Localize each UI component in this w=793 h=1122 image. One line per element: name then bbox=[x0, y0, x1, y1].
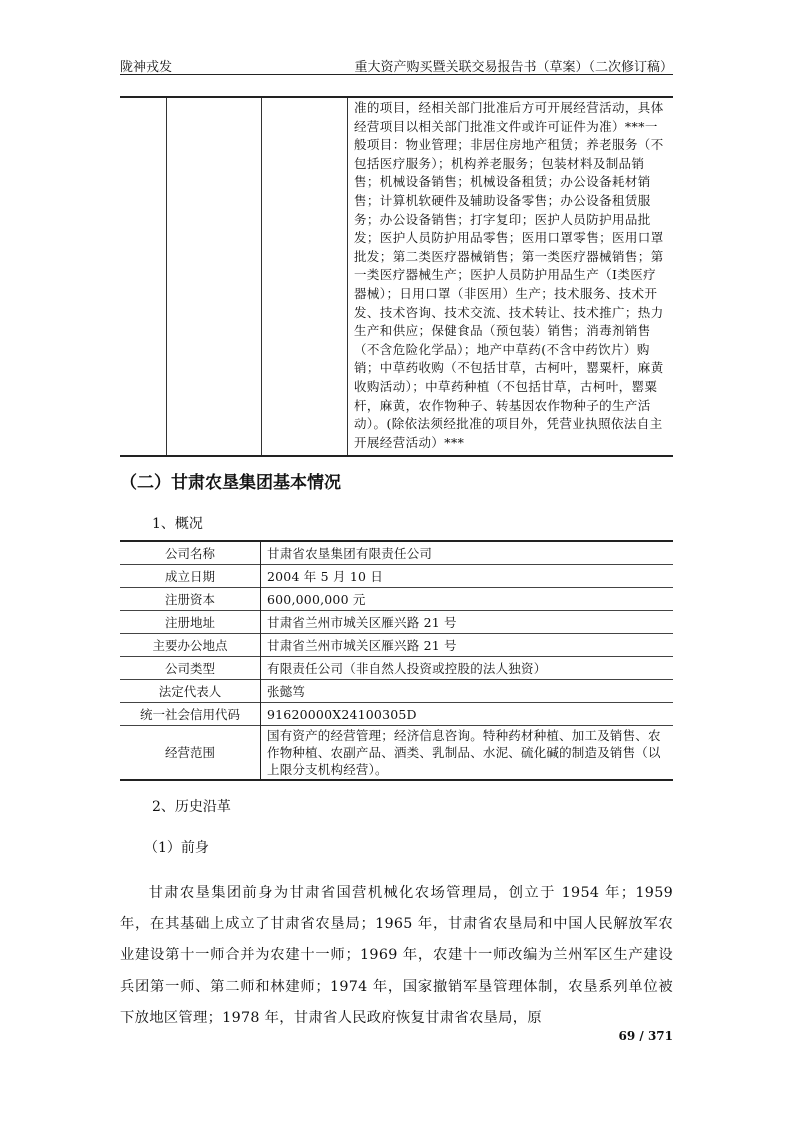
row-label: 注册资本 bbox=[120, 588, 261, 611]
row-value: 91620000X24100305D bbox=[261, 703, 674, 726]
row-value: 甘肃省兰州市城关区雁兴路 21 号 bbox=[261, 611, 674, 634]
table-row: 注册地址甘肃省兰州市城关区雁兴路 21 号 bbox=[120, 611, 673, 634]
row-label: 法定代表人 bbox=[120, 680, 261, 703]
subsection-overview-heading: 1、概况 bbox=[152, 513, 203, 533]
continued-business-scope-table: 准的项目，经相关部门批准后方可开展经营活动，具体经营项目以相关部门批准文件或许可… bbox=[120, 96, 673, 457]
subsection-history-heading: 2、历史沿革 bbox=[152, 796, 231, 816]
row-label: 经营范围 bbox=[120, 726, 261, 781]
table-row: 法定代表人张懿笃 bbox=[120, 680, 673, 703]
page-number: 69 / 371 bbox=[619, 1029, 674, 1043]
table-row: 准的项目，经相关部门批准后方可开展经营活动，具体经营项目以相关部门批准文件或许可… bbox=[120, 97, 673, 456]
row-value: 甘肃省兰州市城关区雁兴路 21 号 bbox=[261, 634, 674, 657]
row-label: 成立日期 bbox=[120, 565, 261, 588]
row-label: 注册地址 bbox=[120, 611, 261, 634]
row-value: 国有资产的经营管理；经济信息咨询。特种药材种植、加工及销售、农作物种植、农副产品… bbox=[261, 726, 674, 781]
row-value: 张懿笃 bbox=[261, 680, 674, 703]
table-row: 主要办公地点甘肃省兰州市城关区雁兴路 21 号 bbox=[120, 634, 673, 657]
subsection-predecessor-heading: （1）前身 bbox=[144, 837, 209, 857]
table-row: 统一社会信用代码91620000X24100305D bbox=[120, 703, 673, 726]
page-header: 陇神戎发 重大资产购买暨关联交易报告书（草案）（二次修订稿） bbox=[120, 52, 673, 75]
table-row: 公司名称甘肃省农垦集团有限责任公司 bbox=[120, 541, 673, 565]
table-row: 公司类型有限责任公司（非自然人投资或控股的法人独资） bbox=[120, 657, 673, 680]
section-title: （二）甘肃农垦集团基本情况 bbox=[120, 468, 341, 493]
row-label: 公司名称 bbox=[120, 541, 261, 565]
business-scope-continued-text: 准的项目，经相关部门批准后方可开展经营活动，具体经营项目以相关部门批准文件或许可… bbox=[348, 97, 674, 456]
empty-cell bbox=[120, 97, 167, 456]
empty-cell bbox=[167, 97, 262, 456]
history-paragraph: 甘肃农垦集团前身为甘肃省国营机械化农场管理局，创立于 1954 年；1959 年… bbox=[120, 878, 673, 1034]
row-label: 统一社会信用代码 bbox=[120, 703, 261, 726]
row-value: 甘肃省农垦集团有限责任公司 bbox=[261, 541, 674, 565]
row-value: 600,000,000 元 bbox=[261, 588, 674, 611]
table-row: 经营范围国有资产的经营管理；经济信息咨询。特种药材种植、加工及销售、农作物种植、… bbox=[120, 726, 673, 781]
row-value: 有限责任公司（非自然人投资或控股的法人独资） bbox=[261, 657, 674, 680]
header-company-name: 陇神戎发 bbox=[120, 56, 172, 75]
company-overview-table: 公司名称甘肃省农垦集团有限责任公司 成立日期2004 年 5 月 10 日 注册… bbox=[120, 540, 673, 781]
row-label: 公司类型 bbox=[120, 657, 261, 680]
empty-cell bbox=[262, 97, 348, 456]
row-label: 主要办公地点 bbox=[120, 634, 261, 657]
row-value: 2004 年 5 月 10 日 bbox=[261, 565, 674, 588]
table-row: 成立日期2004 年 5 月 10 日 bbox=[120, 565, 673, 588]
table-row: 注册资本600,000,000 元 bbox=[120, 588, 673, 611]
header-document-title: 重大资产购买暨关联交易报告书（草案）（二次修订稿） bbox=[354, 56, 673, 75]
